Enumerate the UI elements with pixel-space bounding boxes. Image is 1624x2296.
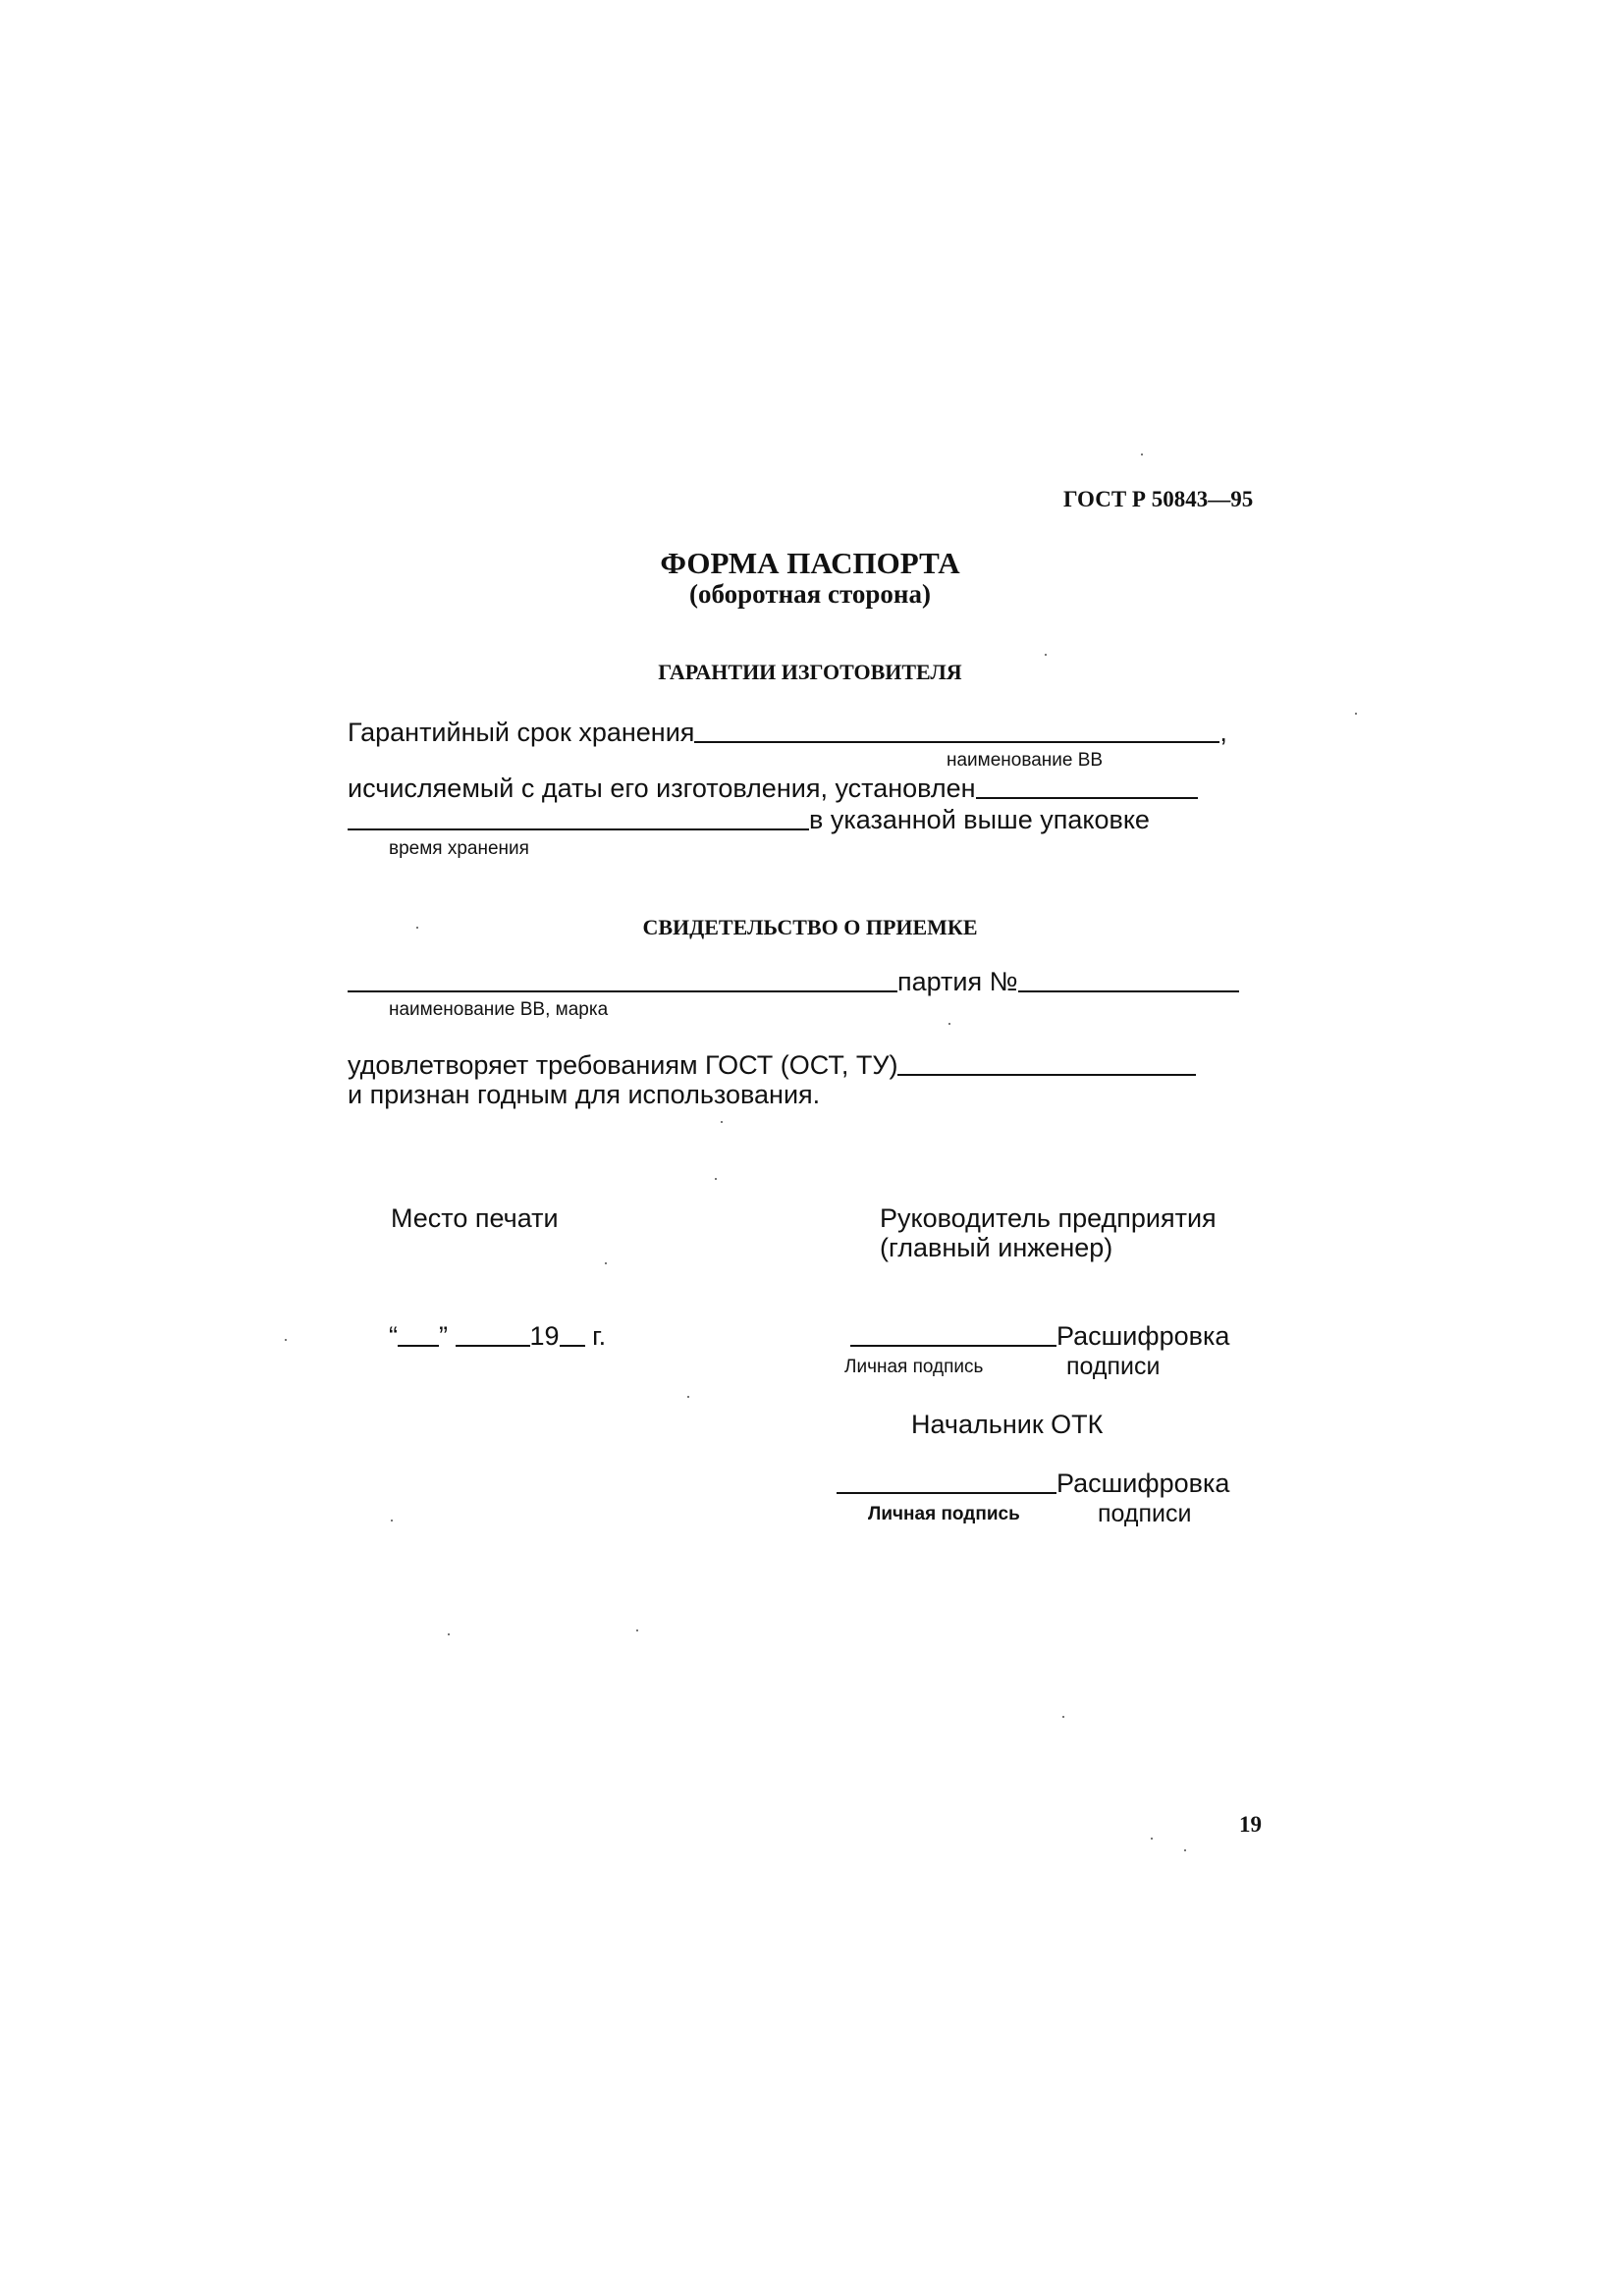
- scan-speck: [687, 1396, 689, 1398]
- scan-speck: [1184, 1849, 1186, 1851]
- warranty-period-label: Гарантийный срок хранения: [348, 718, 694, 747]
- fit-for-use-text: и признан годным для использования.: [348, 1080, 820, 1110]
- batch-number-field[interactable]: [1018, 990, 1239, 992]
- scan-speck: [1045, 654, 1047, 656]
- year-prefix: 19: [530, 1321, 560, 1351]
- standard-id: ГОСТ Р 50843—95: [1063, 487, 1253, 512]
- warranty-heading: ГАРАНТИИ ИЗГОТОВИТЕЛЯ: [589, 660, 1031, 685]
- director-signature-field[interactable]: [850, 1345, 1056, 1347]
- explosive-name-grade-caption: наименование ВВ, марка: [389, 999, 608, 1021]
- month-field[interactable]: [456, 1345, 530, 1347]
- qc-signature-line: Расшифровка: [837, 1468, 1229, 1499]
- warranty-line-1: Гарантийный срок хранения,: [348, 718, 1227, 748]
- close-quote: ”: [439, 1321, 448, 1351]
- established-field[interactable]: [976, 797, 1198, 799]
- form-title: ФОРМА ПАСПОРТА: [589, 546, 1031, 581]
- director-subtitle: (главный инженер): [880, 1233, 1112, 1263]
- qc-personal-signature-caption: Личная подпись: [868, 1504, 1020, 1525]
- director-title: Руководитель предприятия: [880, 1203, 1217, 1234]
- director-personal-signature-caption: Личная подпись: [844, 1357, 983, 1378]
- acceptance-line-2: удовлетворяет требованиям ГОСТ (ОСТ, ТУ): [348, 1050, 1196, 1081]
- scan-speck: [721, 1121, 723, 1123]
- storage-time-caption: время хранения: [389, 838, 529, 860]
- scan-speck: [1141, 454, 1143, 455]
- scan-speck: [636, 1629, 638, 1631]
- qc-decoding-label: Расшифровка: [1056, 1468, 1229, 1498]
- warranty-line-3: в указанной выше упаковке: [348, 805, 1150, 835]
- explosive-name-field[interactable]: [694, 741, 1219, 743]
- acceptance-line-1: партия №: [348, 967, 1239, 997]
- qc-decoding-caption: подписи: [1098, 1500, 1191, 1528]
- qc-signature-field[interactable]: [837, 1492, 1056, 1494]
- scan-speck: [416, 927, 418, 929]
- day-field[interactable]: [398, 1345, 439, 1347]
- explosive-name-caption: наименование ВВ: [947, 750, 1103, 772]
- year-suffix: г.: [592, 1321, 606, 1351]
- acceptance-heading: СВИДЕТЕЛЬСТВО О ПРИЕМКЕ: [589, 915, 1031, 940]
- scan-speck: [391, 1520, 393, 1522]
- scan-speck: [285, 1339, 287, 1341]
- in-package-label: в указанной выше упаковке: [809, 805, 1150, 834]
- scan-speck: [948, 1023, 950, 1025]
- director-signature-line: Расшифровка: [850, 1321, 1229, 1352]
- batch-label: партия №: [897, 967, 1018, 996]
- year-field[interactable]: [560, 1345, 585, 1347]
- date-line: “” 19 г.: [389, 1321, 606, 1352]
- qc-chief-title: Начальник ОТК: [911, 1410, 1103, 1440]
- comma: ,: [1219, 718, 1227, 747]
- complies-label: удовлетворяет требованиям ГОСТ (ОСТ, ТУ): [348, 1050, 897, 1080]
- scan-speck: [1062, 1716, 1064, 1718]
- director-decoding-label: Расшифровка: [1056, 1321, 1229, 1351]
- calculated-from-label: исчисляемый с даты его изготовления, уст…: [348, 774, 976, 803]
- stamp-place-label: Место печати: [391, 1203, 559, 1234]
- scan-speck: [715, 1178, 717, 1180]
- warranty-line-2: исчисляемый с даты его изготовления, уст…: [348, 774, 1198, 804]
- storage-time-field[interactable]: [348, 828, 809, 830]
- scan-speck: [1151, 1838, 1153, 1840]
- director-decoding-caption: подписи: [1066, 1353, 1160, 1381]
- scan-speck: [605, 1262, 607, 1264]
- open-quote: “: [389, 1321, 398, 1351]
- scan-speck: [1355, 713, 1357, 715]
- explosive-name-grade-field[interactable]: [348, 990, 897, 992]
- form-subtitle: (оборотная сторона): [589, 579, 1031, 610]
- standard-field[interactable]: [897, 1074, 1196, 1076]
- scan-speck: [448, 1633, 450, 1635]
- page-number: 19: [1239, 1812, 1262, 1838]
